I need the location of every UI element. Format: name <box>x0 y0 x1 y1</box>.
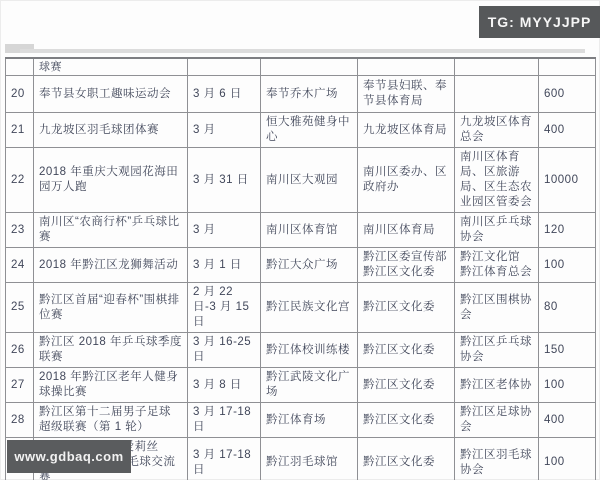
cell-venue <box>261 58 358 76</box>
cell-count: 600 <box>539 76 596 113</box>
cell-date: 3 月 17-18 日 <box>188 403 261 438</box>
cell-date: 3 月 <box>188 213 261 248</box>
table-row: 25 黔江区首届“迎春杯”围棋排位赛 2 月 22 日-3 月 15 日 黔江民… <box>6 283 596 333</box>
cell-venue: 奉节乔木广场 <box>261 76 358 113</box>
cell-date: 3 月 16-25 日 <box>188 333 261 368</box>
cell-undertaker: 九龙坡区体育总会 <box>455 113 539 148</box>
cell-event-name: 奉节县女职工趣味运动会 <box>34 76 188 113</box>
cell-no: 28 <box>6 403 34 438</box>
cell-venue: 恒大雅苑健身中心 <box>261 113 358 148</box>
cell-no: 22 <box>6 148 34 213</box>
cell-no: 20 <box>6 76 34 113</box>
cell-date <box>188 58 261 76</box>
cell-no: 23 <box>6 213 34 248</box>
cell-count: 150 <box>539 333 596 368</box>
cell-organizer: 黔江区文化委 <box>358 283 455 333</box>
cell-date: 2 月 22 日-3 月 15 日 <box>188 283 261 333</box>
cell-count: 80 <box>539 283 596 333</box>
cell-undertaker: 黔江区围棋协会 <box>455 283 539 333</box>
cell-organizer: 黔江区文化委 <box>358 438 455 480</box>
table-row: 23 南川区“农商行杯”乒乓球比赛 3 月 南川区体育馆 南川区体育局 南川区乒… <box>6 213 596 248</box>
cell-venue: 黔江民族文化宫 <box>261 283 358 333</box>
cell-count: 100 <box>539 368 596 403</box>
cell-count: 120 <box>539 213 596 248</box>
cell-organizer: 黔江区委宣传部 黔江区文化委 <box>358 248 455 283</box>
cell-count: 400 <box>539 403 596 438</box>
cell-count: 400 <box>539 113 596 148</box>
cell-undertaker: 南川区体育局、区旅游局、区生态农业园区管委会 <box>455 148 539 213</box>
cell-undertaker: 黔江区老体协 <box>455 368 539 403</box>
table-row: 28 黔江区第十二届男子足球超级联赛（第 1 轮） 3 月 17-18 日 黔江… <box>6 403 596 438</box>
cell-no: 27 <box>6 368 34 403</box>
cell-undertaker: 黔江区足球协会 <box>455 403 539 438</box>
cell-date: 3 月 1 日 <box>188 248 261 283</box>
cell-event-name: 九龙坡区羽毛球团体赛 <box>34 113 188 148</box>
cell-date: 3 月 <box>188 113 261 148</box>
table-row: 20 奉节县女职工趣味运动会 3 月 6 日 奉节乔木广场 奉节县妇联、奉节县体… <box>6 76 596 113</box>
cell-date: 3 月 8 日 <box>188 368 261 403</box>
telegram-badge: TG: MYYJJPP <box>479 6 600 38</box>
cell-undertaker: 黔江区乒乓球协会 <box>455 333 539 368</box>
cell-no: 24 <box>6 248 34 283</box>
cell-undertaker <box>455 76 539 113</box>
cell-date: 3 月 31 日 <box>188 148 261 213</box>
cell-date: 3 月 17-18 日 <box>188 438 261 480</box>
cell-event-name: 2018 年重庆大观园花海田园万人跑 <box>34 148 188 213</box>
site-watermark-label: www.gdbaq.com <box>14 449 123 464</box>
cell-count <box>539 58 596 76</box>
cell-organizer: 黔江区文化委 <box>358 403 455 438</box>
cell-organizer: 黔江区文化委 <box>358 368 455 403</box>
cell-undertaker: 黔江区羽毛球协会 <box>455 438 539 480</box>
table-row: 26 黔江区 2018 年乒乓球季度联赛 3 月 16-25 日 黔江体校训练楼… <box>6 333 596 368</box>
cell-undertaker: 南川区乒乓球协会 <box>455 213 539 248</box>
cell-no <box>6 58 34 76</box>
cell-venue: 黔江大众广场 <box>261 248 358 283</box>
cell-undertaker: 黔江文化馆 黔江体育总会 <box>455 248 539 283</box>
cell-organizer <box>358 58 455 76</box>
cell-event-name: 2018 年黔江区龙狮舞活动 <box>34 248 188 283</box>
cell-no: 21 <box>6 113 34 148</box>
cell-organizer: 奉节县妇联、奉节县体育局 <box>358 76 455 113</box>
cell-organizer: 黔江区文化委 <box>358 333 455 368</box>
cell-event-name: 2018 年黔江区老年人健身球操比赛 <box>34 368 188 403</box>
cell-count: 10000 <box>539 148 596 213</box>
cell-venue: 南川区大观园 <box>261 148 358 213</box>
cell-count: 100 <box>539 248 596 283</box>
scan-artifact-line <box>20 49 585 53</box>
table-row: 27 2018 年黔江区老年人健身球操比赛 3 月 8 日 黔江武陵文化广场 黔… <box>6 368 596 403</box>
cell-event-name: 南川区“农商行杯”乒乓球比赛 <box>34 213 188 248</box>
cell-event-name: 球赛 <box>34 58 188 76</box>
cell-organizer: 南川区体育局 <box>358 213 455 248</box>
cell-venue: 黔江武陵文化广场 <box>261 368 358 403</box>
cell-event-name: 黔江区第十二届男子足球超级联赛（第 1 轮） <box>34 403 188 438</box>
cell-no: 25 <box>6 283 34 333</box>
table-row-carryover: 球赛 <box>6 58 596 76</box>
cell-venue: 南川区体育馆 <box>261 213 358 248</box>
cell-organizer: 南川区委办、区政府办 <box>358 148 455 213</box>
cell-count: 100 <box>539 438 596 480</box>
table-row: 22 2018 年重庆大观园花海田园万人跑 3 月 31 日 南川区大观园 南川… <box>6 148 596 213</box>
site-watermark: www.gdbaq.com <box>7 440 131 473</box>
table-row: 21 九龙坡区羽毛球团体赛 3 月 恒大雅苑健身中心 九龙坡区体育局 九龙坡区体… <box>6 113 596 148</box>
events-table: 球赛 20 奉节县女职工趣味运动会 3 月 6 日 奉节乔木广场 奉节县妇联、奉… <box>5 57 596 480</box>
cell-organizer: 九龙坡区体育局 <box>358 113 455 148</box>
cell-undertaker <box>455 58 539 76</box>
cell-venue: 黔江体育场 <box>261 403 358 438</box>
telegram-badge-label: TG: MYYJJPP <box>488 14 592 30</box>
cell-event-name: 黔江区首届“迎春杯”围棋排位赛 <box>34 283 188 333</box>
cell-no: 26 <box>6 333 34 368</box>
cell-venue: 黔江体校训练楼 <box>261 333 358 368</box>
cell-date: 3 月 6 日 <box>188 76 261 113</box>
table-row: 24 2018 年黔江区龙狮舞活动 3 月 1 日 黔江大众广场 黔江区委宣传部… <box>6 248 596 283</box>
cell-event-name: 黔江区 2018 年乒乓球季度联赛 <box>34 333 188 368</box>
cell-venue: 黔江羽毛球馆 <box>261 438 358 480</box>
